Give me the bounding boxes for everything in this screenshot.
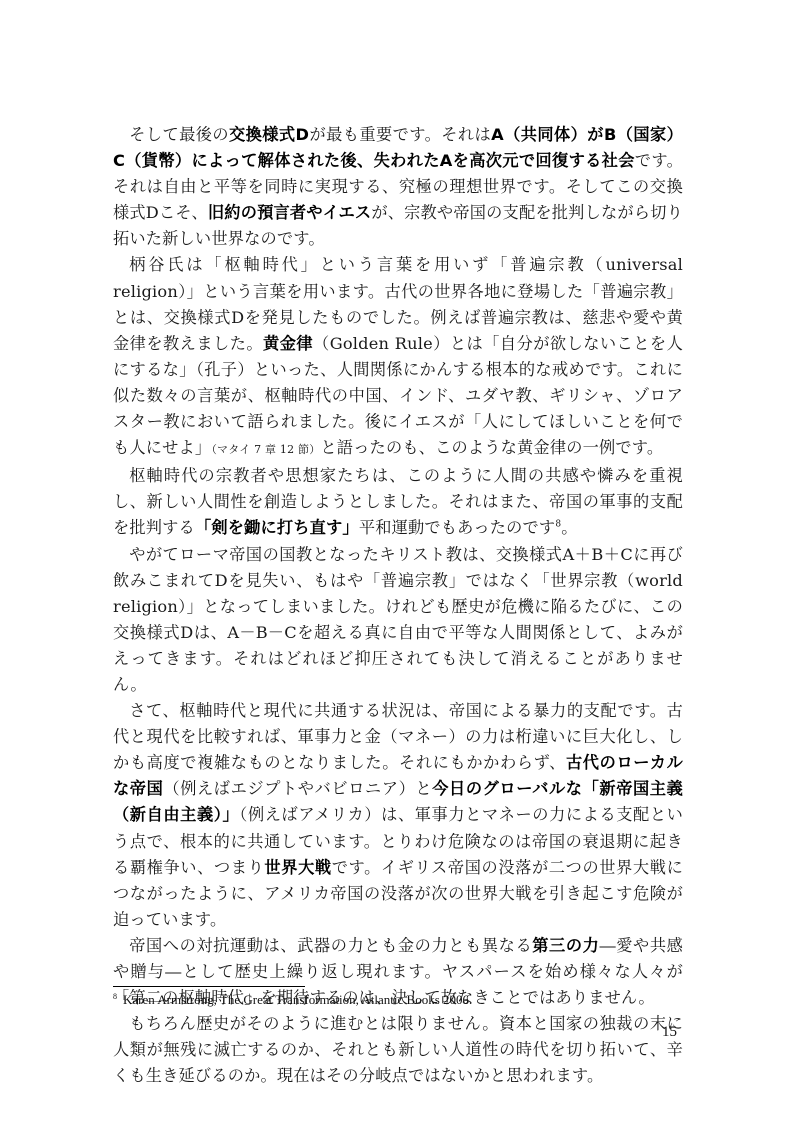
page-body: そして最後の交換様式Dが最も重要です。それはA（共同体）がB（国家）C（貨幣）に… [113, 122, 683, 1089]
bold-emphasis: 第三の力 [532, 936, 599, 955]
footnote-divider [113, 986, 305, 987]
text-run: が最も重要です。それは [309, 125, 491, 144]
paragraph: さて、枢軸時代と現代に共通する状況は、帝国による暴力的支配です。古代と現代を比較… [113, 698, 683, 933]
paragraph: そして最後の交換様式Dが最も重要です。それはA（共同体）がB（国家）C（貨幣）に… [113, 122, 683, 252]
paragraph: やがてローマ帝国の国教となったキリスト教は、交換様式A＋B＋Cに再び飲みこまれて… [113, 542, 683, 699]
bold-emphasis: 旧約の預言者やイエス [208, 203, 371, 222]
page-number: 15 [662, 1024, 677, 1041]
footnote-text: Karen Armstrong, The Great Transformatio… [123, 992, 472, 1007]
footnote: 8Karen Armstrong, The Great Transformati… [113, 992, 472, 1008]
paragraph: 柄谷氏は「枢軸時代」という言葉を用いず「普遍宗教（universal relig… [113, 252, 683, 463]
bold-emphasis: 世界大戦 [264, 858, 331, 877]
paragraph: もちろん歴史がそのように進むとは限りません。資本と国家の独裁の末に人類が無残に滅… [113, 1011, 683, 1089]
footnote-number: 8 [113, 992, 117, 1001]
text-run: 平和運動でもあったのです [359, 518, 556, 537]
paragraph: 枢軸時代の宗教者や思想家たちは、このように人間の共感や憐みを重視し、新しい人間性… [113, 463, 683, 541]
text-run: 帝国への対抗運動は、武器の力とも金の力とも異なる [129, 936, 532, 955]
bold-emphasis: 黄金律 [263, 334, 313, 353]
text-run: もちろん歴史がそのように進むとは限りません。資本と国家の独裁の末に人類が無残に滅… [113, 1014, 683, 1085]
text-run: 。 [561, 518, 577, 537]
bold-emphasis: 交換様式D [229, 125, 309, 144]
text-run: （例えばエジプトやバビロニア）と [163, 779, 432, 798]
text-run: そして最後の [129, 125, 229, 144]
bold-emphasis: 「剣を鋤に打ち直す」 [195, 518, 359, 537]
text-run: やがてローマ帝国の国教となったキリスト教は、交換様式A＋B＋Cに再び飲みこまれて… [113, 545, 683, 694]
text-run: と語ったのも、このような黄金律の一例です。 [320, 438, 663, 457]
citation-text: （マタイ 7 章 12 節） [211, 443, 320, 456]
